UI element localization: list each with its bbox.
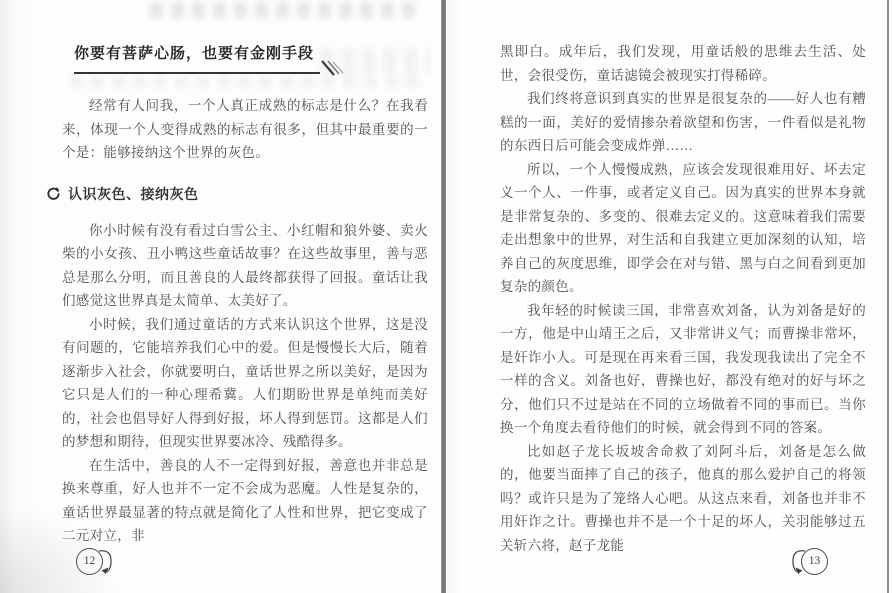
paragraph: 比如赵子龙长坂坡舍命救了刘阿斗后，刘备是怎么做的，他要当面摔了自己的孩子，他真的…	[500, 440, 866, 558]
print-bleedthrough	[150, 2, 420, 18]
paragraph: 黑即白。成年后，我们发现，用童话般的思维去生活、处世，会很受伤，童话滤镜会被现实…	[500, 40, 866, 87]
paragraph: 小时候，我们通过童话的方式来认识这个世界，这是没有问题的，它能培养我们心中的爱。…	[62, 313, 428, 454]
curved-arrow-tail-icon	[96, 543, 118, 586]
section-heading: 认识灰色、接纳灰色	[46, 184, 428, 204]
chapter-title: 你要有菩萨心肠，也要有金刚手段	[74, 40, 320, 74]
paragraph: 在生活中，善良的人不一定得到好报，善意也并非总是换来尊重，好人也并不一定不会成为…	[62, 454, 428, 548]
paragraph: 经常有人问我，一个人真正成熟的标志是什么？在我看来，体现一个人变得成熟的标志有很…	[62, 94, 428, 165]
circular-arrow-icon	[46, 186, 61, 201]
paragraph: 我们终将意识到真实的世界是很复杂的——好人也有糟糕的一面，美好的爱情掺杂着欲望和…	[500, 87, 866, 158]
book-scan-spread: 你要有菩萨心肠，也要有金刚手段 经常有人问我，一个人真正成熟的标志是什么？在我看…	[0, 0, 892, 593]
section-heading-label: 认识灰色、接纳灰色	[68, 184, 199, 204]
left-page: 你要有菩萨心肠，也要有金刚手段 经常有人问我，一个人真正成熟的标志是什么？在我看…	[0, 0, 441, 593]
chapter-header: 你要有菩萨心肠，也要有金刚手段	[74, 40, 324, 74]
paragraph: 你小时候有没有看过白雪公主、小红帽和狼外婆、卖火柴的小女孩、丑小鸭这些童话故事？…	[62, 219, 428, 313]
page-number-badge: 13	[786, 543, 832, 581]
page-number-badge: 12	[72, 543, 118, 581]
paragraph: 我年轻的时候读三国，非常喜欢刘备，认为刘备是好的一方，他是中山靖王之后，又非常讲…	[500, 299, 866, 440]
paragraph: 所以，一个人慢慢成熟，应该会发现很难用好、坏去定义一个人、一件事，或者定义自己。…	[500, 158, 866, 299]
double-slash-icon	[320, 59, 348, 86]
right-page: 黑即白。成年后，我们发现，用童话般的思维去生活、处世，会很受伤，童话滤镜会被现实…	[446, 0, 887, 593]
page-edge-line	[887, 0, 889, 593]
page-number: 13	[801, 548, 828, 575]
